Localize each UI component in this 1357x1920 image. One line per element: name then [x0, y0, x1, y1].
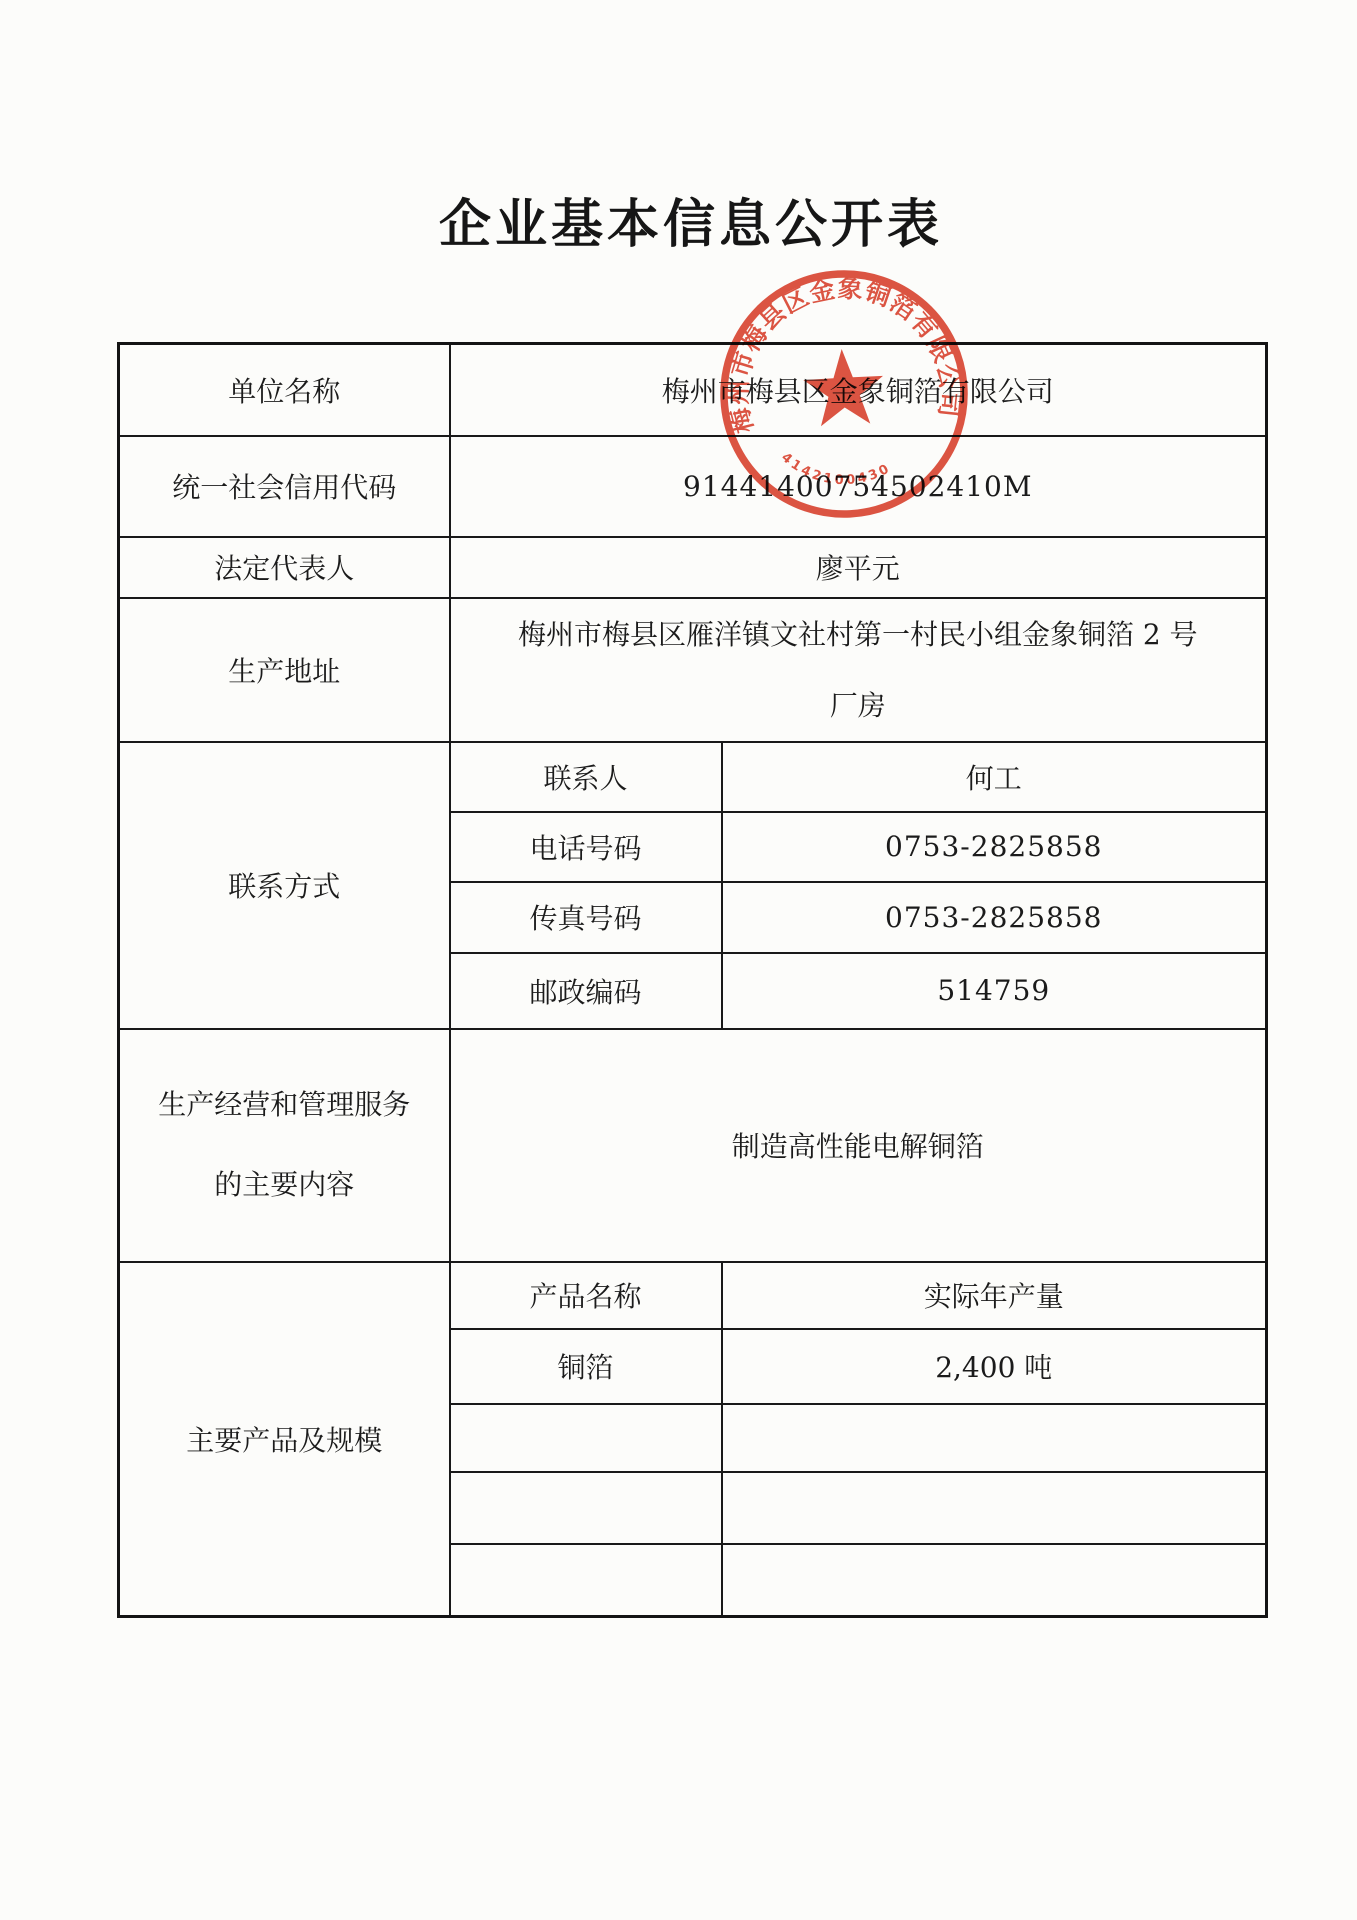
fax-value: 0753-2825858	[722, 882, 1267, 953]
credit-code-label: 统一社会信用代码	[119, 436, 450, 537]
business-scope-label: 生产经营和管理服务 的主要内容	[119, 1029, 450, 1262]
address-label: 生产地址	[119, 598, 450, 742]
fax-label: 传真号码	[450, 882, 722, 953]
contact-person-value: 何工	[722, 742, 1267, 812]
contact-person-label: 联系人	[450, 742, 722, 812]
legal-rep-label: 法定代表人	[119, 537, 450, 598]
address-value: 梅州市梅县区雁洋镇文社村第一村民小组金象铜箔 2 号 厂房	[450, 598, 1267, 742]
legal-rep-value: 廖平元	[450, 537, 1267, 598]
product-output-header: 实际年产量	[722, 1262, 1267, 1329]
document-page: 企业基本信息公开表 单位名称 梅州市梅县区金象铜箔有限公司 统一社会信用代码 9…	[0, 0, 1357, 1920]
products-section-label: 主要产品及规模	[119, 1262, 450, 1617]
product-4-output	[722, 1544, 1267, 1617]
contact-section-label: 联系方式	[119, 742, 450, 1029]
postal-code-label: 邮政编码	[450, 953, 722, 1029]
business-scope-label-line1: 生产经营和管理服务	[120, 1065, 449, 1145]
credit-code-value: 91441400754502410M	[450, 436, 1267, 537]
table-row-credit-code: 统一社会信用代码 91441400754502410M	[119, 436, 1267, 537]
phone-value: 0753-2825858	[722, 812, 1267, 882]
business-scope-value: 制造高性能电解铜箔	[450, 1029, 1267, 1262]
product-2-output	[722, 1404, 1267, 1472]
table-row-products-header: 主要产品及规模 产品名称 实际年产量	[119, 1262, 1267, 1329]
phone-label: 电话号码	[450, 812, 722, 882]
address-value-line2: 厂房	[451, 670, 1266, 741]
business-scope-label-line2: 的主要内容	[120, 1145, 449, 1225]
enterprise-info-table: 单位名称 梅州市梅县区金象铜箔有限公司 统一社会信用代码 91441400754…	[117, 342, 1268, 1618]
product-4-name	[450, 1544, 722, 1617]
table-row-business-scope: 生产经营和管理服务 的主要内容 制造高性能电解铜箔	[119, 1029, 1267, 1262]
address-value-line1: 梅州市梅县区雁洋镇文社村第一村民小组金象铜箔 2 号	[451, 599, 1266, 670]
product-name-header: 产品名称	[450, 1262, 722, 1329]
postal-code-value: 514759	[722, 953, 1267, 1029]
table-row-unit-name: 单位名称 梅州市梅县区金象铜箔有限公司	[119, 344, 1267, 436]
page-title: 企业基本信息公开表	[117, 182, 1265, 257]
table-row-address: 生产地址 梅州市梅县区雁洋镇文社村第一村民小组金象铜箔 2 号 厂房	[119, 598, 1267, 742]
product-3-name	[450, 1472, 722, 1544]
table-row-contact-person: 联系方式 联系人 何工	[119, 742, 1267, 812]
product-2-name	[450, 1404, 722, 1472]
product-1-output: 2,400 吨	[722, 1329, 1267, 1404]
unit-name-value: 梅州市梅县区金象铜箔有限公司	[450, 344, 1267, 436]
product-1-name: 铜箔	[450, 1329, 722, 1404]
product-3-output	[722, 1472, 1267, 1544]
table-row-legal-rep: 法定代表人 廖平元	[119, 537, 1267, 598]
unit-name-label: 单位名称	[119, 344, 450, 436]
